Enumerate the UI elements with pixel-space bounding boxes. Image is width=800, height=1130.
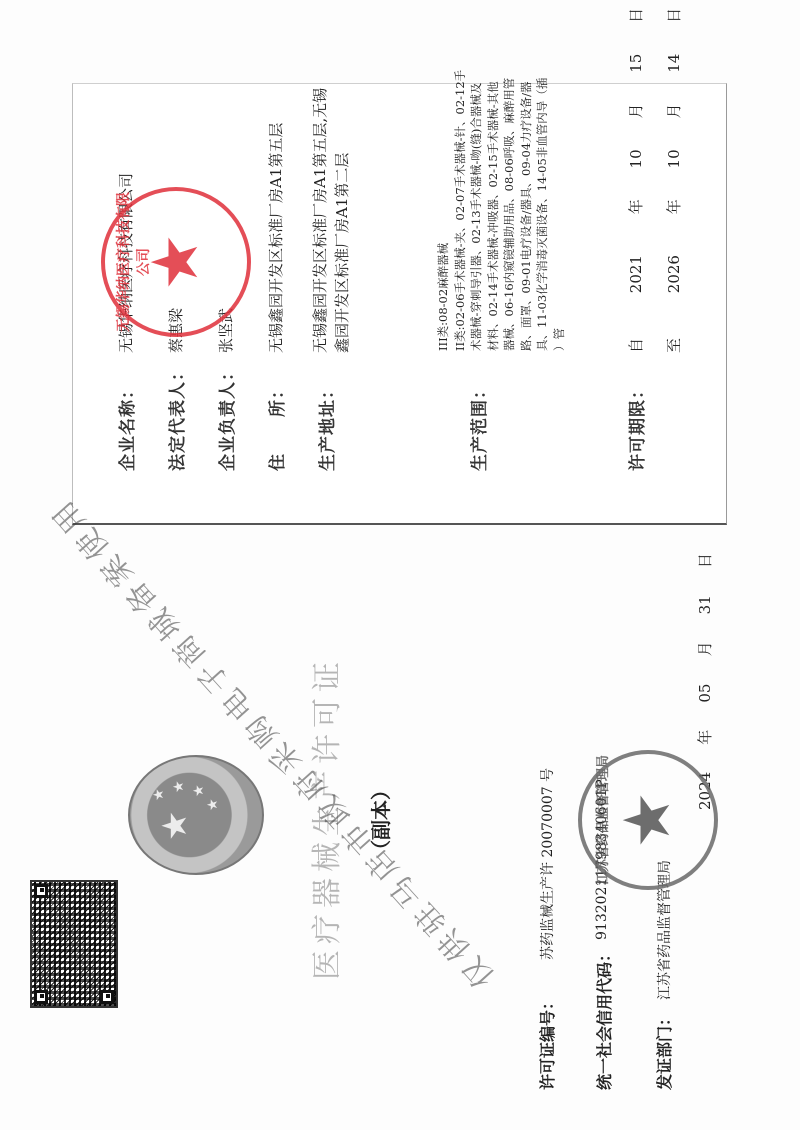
validity-from-day: 15 [627,54,645,73]
scope-line: 路、面罩、09-01电疗设备/器具、09-04力疗设备/器 [518,0,535,351]
national-emblem-icon: ★ ★ ★ ★ ★ [128,755,264,875]
validity-label: 许可期限： [623,381,648,471]
issuing-authority-label: 发证部门： [652,1010,675,1090]
seal-star-icon: ★ [144,233,208,290]
qr-finder-icon [100,990,114,1004]
production-address-line: 鑫园开发区标准厂房A1第二层 [331,88,353,353]
authority-seal: 江苏省药品监督管理局 ★ [578,750,718,890]
company-name-label: 企业名称： [113,381,138,471]
scope-line: 具、11-03化学消毒灭菌设备、14-05非血管内导（插 [534,0,551,351]
production-scope-value: III类:08-02麻醉器械 II类:02-06手术器械-夹、02-07手术器械… [435,0,567,351]
validity-from-month: 10 [627,149,645,168]
emblem-star-icon: ★ [206,798,220,811]
responsible-person-label: 企业负责人： [213,363,238,471]
scope-line: II类:02-06手术器械-夹、02-07手术器械-针、02-12手 [452,0,469,351]
validity-to: 至 2026 年 10 月 14 日 [663,8,684,353]
qr-finder-icon [34,990,48,1004]
validity-to-year: 2026 [665,255,683,293]
scope-line: 材料、02-14手术器械-冲吸器、02-15手术器械-其他 [485,0,502,351]
validity-to-month: 10 [665,149,683,168]
scope-line: 术器械-穿刺导引器、02-13手术器械-吻(缝)合器械及 [468,0,485,351]
credit-code-label: 统一社会信用代码： [592,946,615,1090]
residence-label: 住 所： [263,381,288,471]
validity-day-unit: 日 [627,8,645,23]
qr-finder-icon [34,884,48,898]
details-panel: 企业名称： 无锡华纳医疗科技有限公司 法定代表人： 蔡惠梁 企业负责人： 张坚武… [72,83,727,525]
emblem-star-icon: ★ [192,784,206,797]
scope-line: ）管 [551,0,568,351]
emblem-star-icon: ★ [172,780,186,793]
issue-month-unit: 月 [696,641,714,656]
seal-star-icon: ★ [616,791,680,848]
validity-day-unit: 日 [665,8,683,23]
license-document: ★ ★ ★ ★ ★ 医疗器械生产许可证 （副本） 许可证编号： 苏药监械生产许 … [0,0,800,1130]
validity-to-day: 14 [665,54,683,73]
issue-day: 31 [696,595,714,614]
validity-month-unit: 月 [627,104,645,119]
validity-from: 自 2021 年 10 月 15 日 [625,8,646,353]
validity-to-prefix: 至 [665,338,683,353]
production-address-line: 无锡鑫园开发区标准厂房A1第五层,无锡 [309,88,331,353]
production-scope-label: 生产范围： [465,381,490,471]
legal-rep-label: 法定代表人： [163,363,188,471]
authority-seal-text: 江苏省药品监督管理局 [592,754,611,886]
company-seal: 无锡华纳医疗科技有限公司 ★ [101,187,251,337]
emblem-star-icon: ★ [158,811,192,841]
validity-from-prefix: 自 [627,338,645,353]
issue-year-unit: 年 [696,730,714,745]
qr-code-icon [30,880,118,1008]
issue-month: 05 [696,684,714,703]
validity-from-year: 2021 [627,255,645,293]
validity-year-unit: 年 [627,199,645,214]
scope-line: III类:08-02麻醉器械 [435,0,452,351]
production-address-label: 生产地址： [313,381,338,471]
page: ★ ★ ★ ★ ★ 医疗器械生产许可证 （副本） 许可证编号： 苏药监械生产许 … [0,0,800,1130]
emblem-star-icon: ★ [152,788,166,801]
residence-value: 无锡鑫园开发区标准厂房A1第五层 [265,123,286,353]
validity-year-unit: 年 [665,199,683,214]
issue-day-unit: 日 [696,553,714,568]
scope-line: 器械、06-16内窥镜辅助用品、08-06呼吸、麻醉用管 [501,0,518,351]
production-address-value: 无锡鑫园开发区标准厂房A1第五层,无锡 鑫园开发区标准厂房A1第二层 [309,88,353,353]
validity-month-unit: 月 [665,104,683,119]
license-number-value: 苏药监械生产许 20070007 号 [537,768,557,960]
license-number-label: 许可证编号： [535,994,558,1090]
